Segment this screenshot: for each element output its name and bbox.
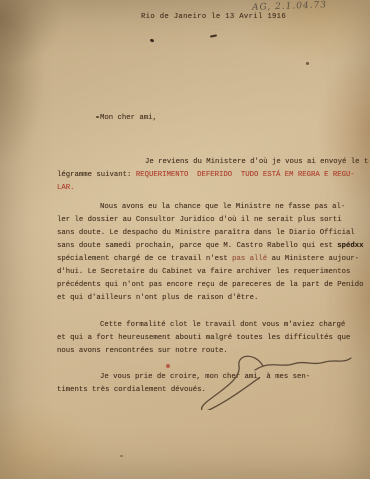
- text-segment: et qui d'ailleurs n'ont plus de raison d…: [57, 294, 258, 302]
- letter-page: AG, 2.1.04.73 Rio de Janeiro le 13 Avril…: [0, 0, 370, 479]
- letter-line: LAR.: [57, 182, 369, 195]
- text-segment: pas allé: [232, 255, 267, 263]
- letter-line: précédents qui n'ont pas encore reçu de …: [57, 279, 369, 292]
- salutation: Mon cher ami,: [57, 112, 369, 125]
- letter-line: légramme suivant: REQUERIMENTO DEFERIDO …: [57, 169, 369, 182]
- letter-line: sans doute. Le despacho du Ministre para…: [57, 227, 369, 240]
- text-segment: spécialement chargé de ce travail n'est: [57, 255, 232, 263]
- text-segment: Nous avons eu la chance que le Ministre …: [100, 203, 345, 211]
- signature-flourish: [185, 348, 365, 410]
- text-segment: Je reviens du Ministere d'où je vous ai …: [145, 158, 369, 166]
- text-segment: LAR.: [57, 184, 75, 192]
- text-segment: ler le dossier au Consultor Juridico d'o…: [57, 216, 342, 224]
- letter-line: Cette formalité clot le travail dont vou…: [57, 319, 369, 332]
- letter-line: et qui a fort heureusement abouti malgré…: [57, 332, 369, 345]
- text-segment: d'hui. Le Secretaire du Cabinet va faire…: [57, 268, 350, 276]
- paper-speck: [166, 364, 170, 368]
- letter-line: spécialement chargé de ce travail n'est …: [57, 253, 369, 266]
- text-segment: au Ministere aujour-: [267, 255, 359, 263]
- letter-line: sans doute samedi prochain, parce que M.…: [57, 240, 369, 253]
- paper-speck: [150, 38, 155, 42]
- paper-speck: [306, 62, 309, 65]
- paper-speck: [210, 34, 217, 37]
- letter-line: et qui d'ailleurs n'ont plus de raison d…: [57, 292, 369, 305]
- archive-annotation: AG, 2.1.04.73: [252, 0, 362, 13]
- date-line: Rio de Janeiro le 13 Avril 1916: [141, 13, 286, 21]
- letter-paragraph: Nous avons eu la chance que le Ministre …: [57, 201, 369, 305]
- text-segment: précédents qui n'ont pas encore reçu de …: [57, 281, 364, 289]
- text-segment: et qui a fort heureusement abouti malgré…: [57, 334, 350, 342]
- letter-line: d'hui. Le Secretaire du Cabinet va faire…: [57, 266, 369, 279]
- letter-line: Nous avons eu la chance que le Ministre …: [57, 201, 369, 214]
- text-segment: sans doute samedi prochain, parce que M.…: [57, 242, 337, 250]
- text-segment: timents très cordialement dévoués.: [57, 386, 206, 394]
- text-segment: Cette formalité clot le travail dont vou…: [100, 321, 345, 329]
- letter-line: Je reviens du Ministere d'où je vous ai …: [57, 156, 369, 169]
- letter-line: ler le dossier au Consultor Juridico d'o…: [57, 214, 369, 227]
- paper-speck: [96, 116, 99, 118]
- text-segment: légramme suivant:: [57, 171, 136, 179]
- paper-speck: [120, 455, 123, 457]
- text-segment: REQUERIMENTO DEFERIDO TUDO ESTÁ EM REGRA…: [136, 171, 355, 179]
- letter-paragraph: Je reviens du Ministere d'où je vous ai …: [57, 156, 369, 195]
- text-segment: spédxx: [337, 242, 363, 250]
- text-segment: sans doute. Le despacho du Ministre para…: [57, 229, 355, 237]
